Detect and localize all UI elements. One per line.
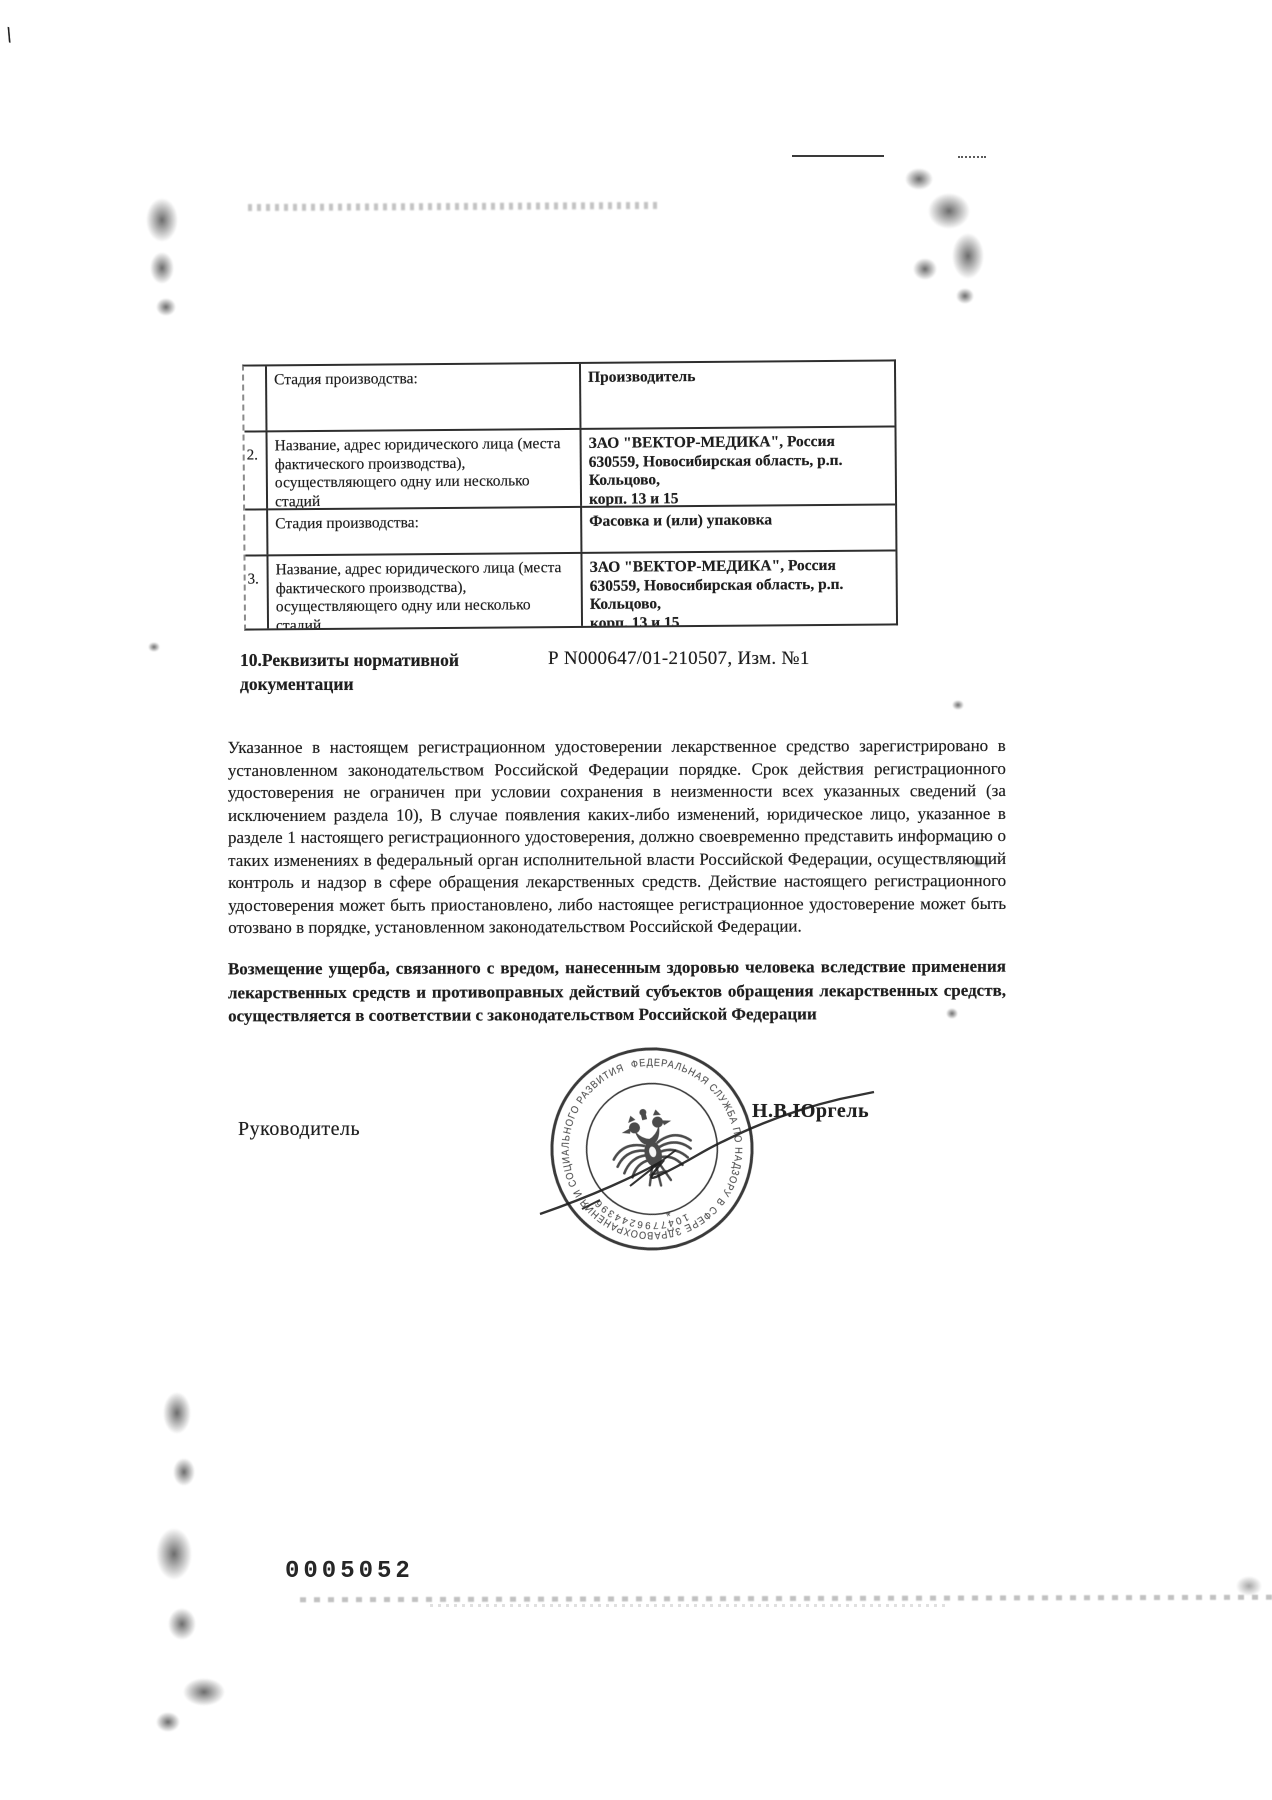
form-serial-number: 0005052 [285,1558,414,1585]
scan-speckle [150,252,174,284]
scan-smudge-line [300,1595,1272,1603]
row-value: ЗАО "ВЕКТОР-МЕДИКА", Россия 630559, Ново… [582,549,896,625]
scan-speckle [952,700,964,710]
row-value: Фасовка и (или) упаковка [582,503,895,551]
scanner-line [792,155,884,157]
scan-speckle [156,298,176,316]
official-stamp: ФЕДЕРАЛЬНАЯ СЛУЖБА ПО НАДЗОРУ В СФЕРЕ ЗД… [520,1017,784,1281]
scan-speckle [952,233,984,279]
row-label: Название, адрес юридического лица (места… [268,552,583,628]
scanned-document-page: \ Стадия производства: Производитель 2. … [0,0,1272,1800]
scan-smudge-line [430,1604,950,1607]
scan-speckle [913,258,937,280]
row-label: Название, адрес юридического лица (места… [267,428,582,508]
liability-text: Возмещение ущерба, связанного с вредом, … [228,955,1006,1028]
row-label: Стадия производства: [268,506,582,554]
production-table: Стадия производства: Производитель 2. На… [242,359,898,630]
scan-smudge-band [248,202,660,211]
scan-speckle [173,1458,195,1486]
scan-speckle [146,198,178,242]
scan-speckle [163,1392,191,1434]
corner-mark: \ [3,22,15,49]
row-number [245,508,268,554]
scan-speckle [183,1678,225,1706]
scan-speckle [168,1608,196,1640]
section-10-heading: 10.Реквизиты нормативной документации [240,648,560,696]
signature-name: Н.В.Юргель [752,1100,869,1123]
scan-speckle [148,642,160,652]
scan-speckle [156,1528,192,1580]
signature-title: Руководитель [238,1118,360,1141]
registration-terms-text: Указанное в настоящем регистрационном уд… [228,735,1007,940]
scan-dots [958,156,986,158]
row-number [244,366,268,430]
row-label: Стадия производства: [267,364,581,430]
scan-speckle [956,288,974,304]
row-value: ЗАО "ВЕКТОР-МЕДИКА", Россия 630559, Ново… [581,425,895,505]
row-value: Производитель [581,361,894,427]
scan-speckle [1236,1576,1262,1596]
row-number: 3. [245,554,269,628]
scan-speckle [156,1712,180,1732]
section-10-value: Р N000647/01-210507, Изм. №1 [548,648,810,670]
scan-speckle [928,193,970,229]
scan-speckle [905,168,933,190]
row-number: 2. [244,430,268,508]
